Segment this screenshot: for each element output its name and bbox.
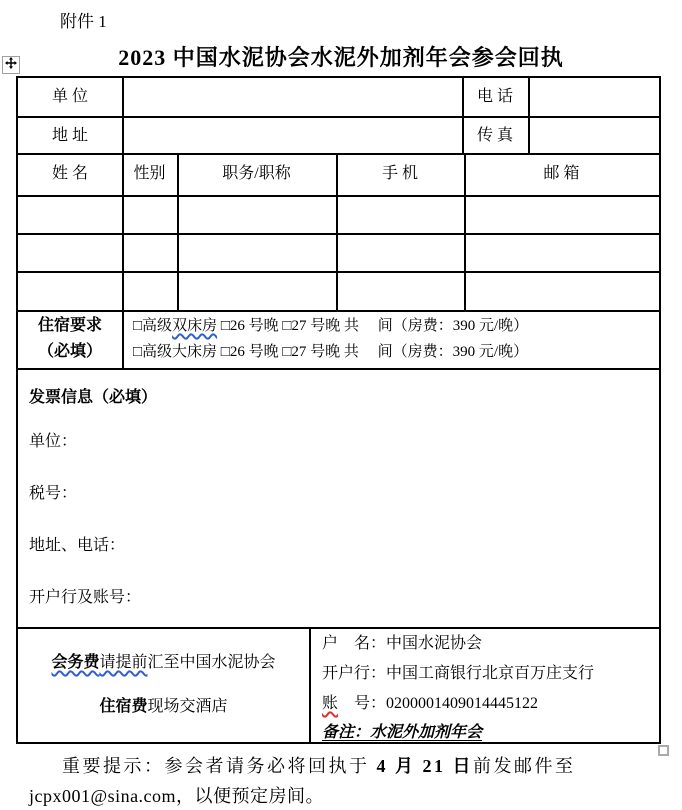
lodging-line1-rest: □26 号晚 □27 号晚 共 间（房费：390 元/晚）: [217, 318, 528, 334]
lodging-option-line2[interactable]: □高级大床房 □26 号晚 □27 号晚 共 间（房费：390 元/晚）: [133, 340, 528, 364]
attendee-r2-mobile[interactable]: [338, 235, 464, 271]
attendee-r3-email[interactable]: [466, 273, 659, 310]
word-document-page: 附件 1 2023 中国水泥协会水泥外加剂年会参会回执 单 位 电 话: [0, 0, 682, 810]
bank-value: 中国工商银行北京百万庄支行: [386, 665, 594, 682]
bank-label: 开户行：: [322, 665, 386, 682]
address-label: 地 址: [18, 118, 122, 153]
account-number-line: 账 号：0200001409014445122: [322, 690, 538, 713]
attendee-r2-title[interactable]: [179, 235, 336, 271]
bank-line: 开户行：中国工商银行北京百万庄支行: [322, 660, 594, 683]
invoice-unit-field[interactable]: 单位：: [29, 432, 77, 452]
invoice-tax-field[interactable]: 税号：: [29, 484, 77, 504]
col-divider: [309, 627, 311, 742]
account-number-label-first: 账: [322, 695, 338, 712]
attendee-r3-name[interactable]: [18, 273, 122, 310]
header-name: 姓 名: [18, 153, 122, 195]
table-resize-handle[interactable]: [658, 745, 669, 756]
attendee-r2-gender[interactable]: [124, 235, 177, 271]
unit-value-cell[interactable]: [124, 78, 460, 116]
attendee-r1-name[interactable]: [18, 197, 122, 233]
header-title: 职务/职称: [177, 153, 336, 195]
registration-table: 单 位 电 话 地 址 传 真 姓 名 性别 职务/职称 手 机 邮 箱 住: [16, 76, 661, 744]
misspelled-twin-room: 双床房: [172, 318, 217, 334]
attendee-r2-email[interactable]: [466, 235, 659, 271]
important-note-line2: jcpx001@sina.com，以便预定房间。: [29, 782, 324, 808]
fee-note-line1-rest: 汇至中国水泥协会: [148, 654, 276, 671]
fax-label: 传 真: [462, 118, 528, 153]
account-name-line: 户 名：中国水泥协会: [322, 630, 482, 653]
lodging-option-line1[interactable]: □高级双床房 □26 号晚 □27 号晚 共 间（房费：390 元/晚）: [133, 314, 528, 338]
account-number-label-rest: 号：: [338, 695, 386, 712]
row-divider: [18, 368, 659, 370]
attendee-r2-name[interactable]: [18, 235, 122, 271]
move-icon: [5, 56, 17, 74]
attendee-r1-email[interactable]: [466, 197, 659, 233]
attendee-r1-title[interactable]: [179, 197, 336, 233]
fee-note-line1: 会务费请提前汇至中国水泥协会: [18, 649, 309, 672]
lodging-fee-label: 住宿费: [99, 698, 147, 715]
note-prefix: 重要提示：参会者请务必将回执于: [62, 756, 377, 776]
phone-label: 电 话: [462, 78, 528, 116]
unit-label: 单 位: [18, 78, 122, 116]
attendee-r3-gender[interactable]: [124, 273, 177, 310]
remark-line: 备注：水泥外加剂年会: [322, 719, 482, 742]
invoice-bank-account-field[interactable]: 开户行及账号：: [29, 588, 141, 608]
attendee-r1-gender[interactable]: [124, 197, 177, 233]
phone-value-cell[interactable]: [530, 78, 659, 116]
table-move-handle[interactable]: [2, 56, 20, 74]
lodging-label: 住宿要求 （必填）: [18, 310, 122, 368]
conference-fee-label: 会务费: [51, 654, 99, 671]
note-suffix: 前发邮件至: [473, 756, 576, 776]
account-number-value: 0200001409014445122: [386, 695, 538, 712]
address-value-cell[interactable]: [124, 118, 460, 153]
header-gender: 性别: [122, 153, 177, 195]
lodging-label-line1: 住宿要求: [38, 317, 102, 334]
note-deadline: 4 月 21 日: [377, 756, 474, 776]
checkbox-twin-room: □高级: [133, 318, 172, 334]
attendee-r3-mobile[interactable]: [338, 273, 464, 310]
attendee-r1-mobile[interactable]: [338, 197, 464, 233]
page-title: 2023 中国水泥协会水泥外加剂年会参会回执: [0, 41, 682, 72]
fee-note-line2: 住宿费现场交酒店: [18, 693, 309, 716]
lodging-label-line2: （必填）: [38, 343, 102, 360]
important-note-line1: 重要提示：参会者请务必将回执于 4 月 21 日前发邮件至: [62, 752, 576, 778]
fee-note-squiggle: 请提前: [99, 654, 147, 671]
header-email: 邮 箱: [464, 153, 659, 195]
invoice-section-title: 发票信息（必填）: [29, 388, 157, 408]
attachment-label: 附件 1: [60, 7, 107, 32]
fax-value-cell[interactable]: [530, 118, 659, 153]
fee-note-line2-rest: 现场交酒店: [148, 698, 228, 715]
invoice-addr-phone-field[interactable]: 地址、电话：: [29, 536, 125, 556]
header-mobile: 手 机: [336, 153, 464, 195]
account-name-value: 中国水泥协会: [386, 635, 482, 652]
row-divider: [18, 627, 659, 629]
account-name-label: 户 名：: [322, 635, 386, 652]
attendee-r3-title[interactable]: [179, 273, 336, 310]
